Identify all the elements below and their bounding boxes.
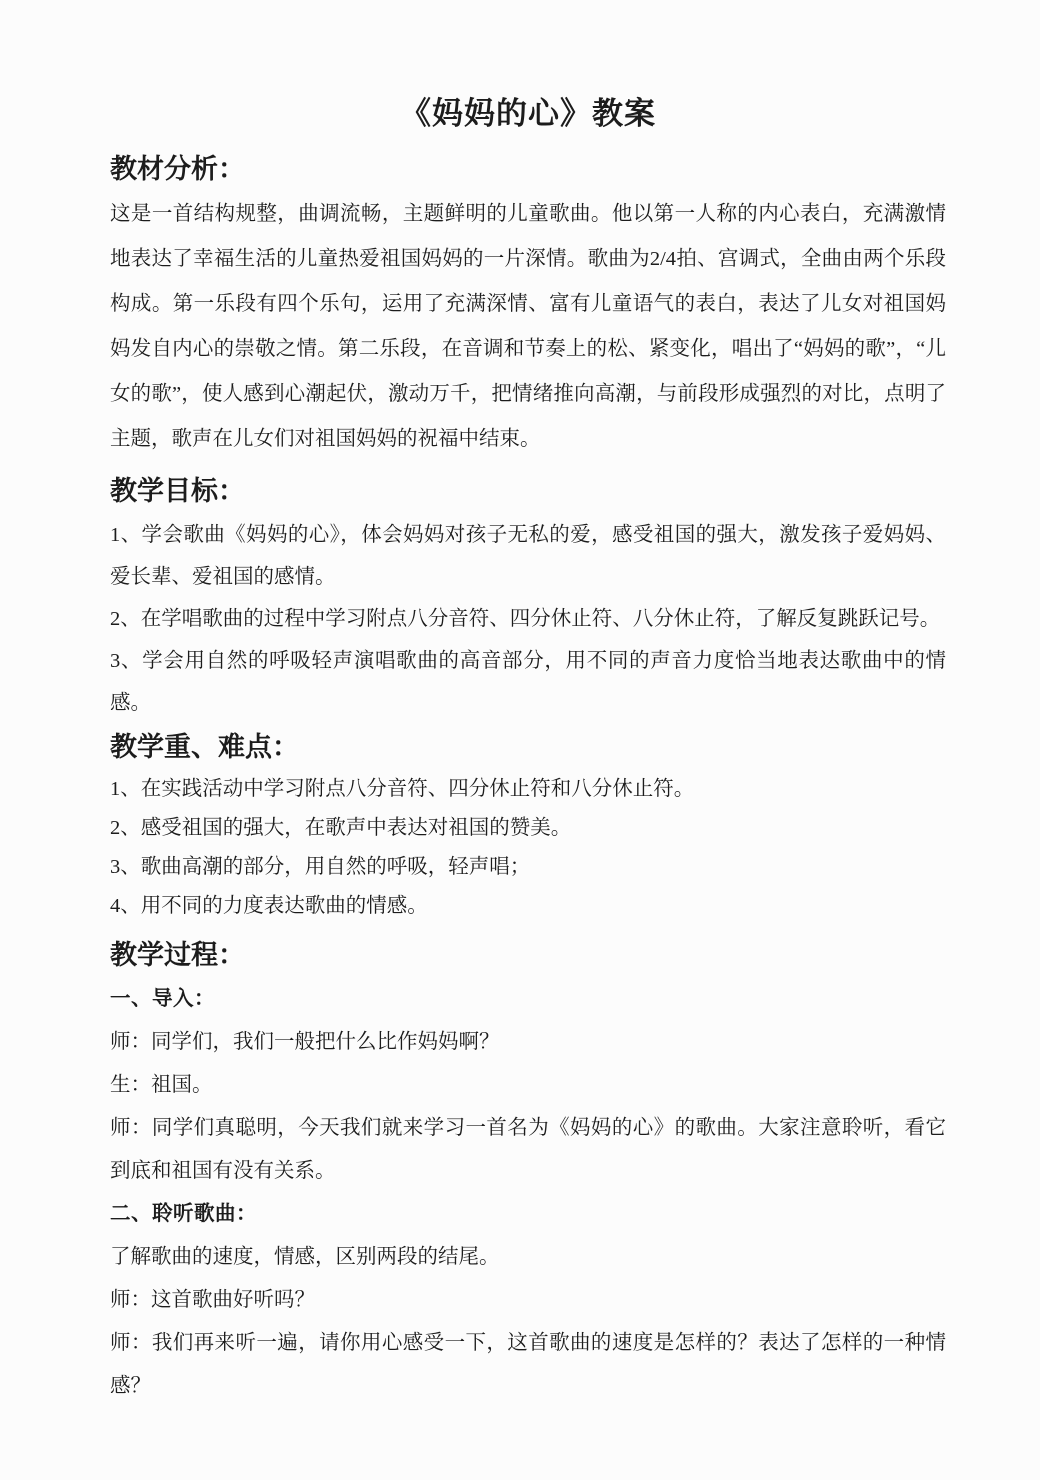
key-point-item: 1、在实践活动中学习附点八分音符、四分休止符和八分休止符。 <box>110 770 946 809</box>
section-teaching-goals: 1、学会歌曲《妈妈的心》，体会妈妈对孩子无私的爱，感受祖国的强大，激发孩子爱妈妈… <box>110 514 946 724</box>
subsection-heading-intro: 一、导入： <box>110 978 946 1021</box>
section-heading-material-analysis: 教材分析： <box>110 148 946 190</box>
dialogue-line: 师：同学们，我们一般把什么比作妈妈啊？ <box>110 1021 946 1064</box>
analysis-paragraph: 这是一首结构规整，曲调流畅，主题鲜明的儿童歌曲。他以第一人称的内心表白，充满激情… <box>110 192 946 462</box>
dialogue-line: 了解歌曲的速度，情感，区别两段的结尾。 <box>110 1236 946 1279</box>
goal-item: 1、学会歌曲《妈妈的心》，体会妈妈对孩子无私的爱，感受祖国的强大，激发孩子爱妈妈… <box>110 514 946 598</box>
section-heading-teaching-process: 教学过程： <box>110 934 946 976</box>
goal-item: 2、在学唱歌曲的过程中学习附点八分音符、四分休止符、八分休止符，了解反复跳跃记号… <box>110 598 946 640</box>
section-heading-key-points: 教学重、难点： <box>110 726 946 768</box>
key-point-item: 2、感受祖国的强大，在歌声中表达对祖国的赞美。 <box>110 809 946 848</box>
section-material-analysis: 这是一首结构规整，曲调流畅，主题鲜明的儿童歌曲。他以第一人称的内心表白，充满激情… <box>110 192 946 462</box>
goal-item: 3、学会用自然的呼吸轻声演唱歌曲的高音部分，用不同的声音力度恰当地表达歌曲中的情… <box>110 640 946 724</box>
dialogue-line: 生：祖国。 <box>110 1064 946 1107</box>
dialogue-line: 师：同学们真聪明，今天我们就来学习一首名为《妈妈的心》的歌曲。大家注意聆听，看它… <box>110 1107 946 1193</box>
subsection-heading-listening: 二、聆听歌曲： <box>110 1193 946 1236</box>
dialogue-line: 师：这首歌曲好听吗？ <box>110 1279 946 1322</box>
key-point-item: 4、用不同的力度表达歌曲的情感。 <box>110 887 946 926</box>
subsection-intro: 一、导入： 师：同学们，我们一般把什么比作妈妈啊？ 生：祖国。 师：同学们真聪明… <box>110 978 946 1193</box>
subsection-listening: 二、聆听歌曲： 了解歌曲的速度，情感，区别两段的结尾。 师：这首歌曲好听吗？ 师… <box>110 1193 946 1408</box>
key-point-item: 3、歌曲高潮的部分，用自然的呼吸，轻声唱； <box>110 848 946 887</box>
section-heading-teaching-goals: 教学目标： <box>110 470 946 512</box>
page-title: 《妈妈的心》教案 <box>110 90 946 138</box>
dialogue-line: 师：我们再来听一遍，请你用心感受一下，这首歌曲的速度是怎样的？表达了怎样的一种情… <box>110 1322 946 1408</box>
section-key-points: 1、在实践活动中学习附点八分音符、四分休止符和八分休止符。 2、感受祖国的强大，… <box>110 770 946 926</box>
document-page: 《妈妈的心》教案 教材分析： 这是一首结构规整，曲调流畅，主题鲜明的儿童歌曲。他… <box>0 0 1040 1480</box>
